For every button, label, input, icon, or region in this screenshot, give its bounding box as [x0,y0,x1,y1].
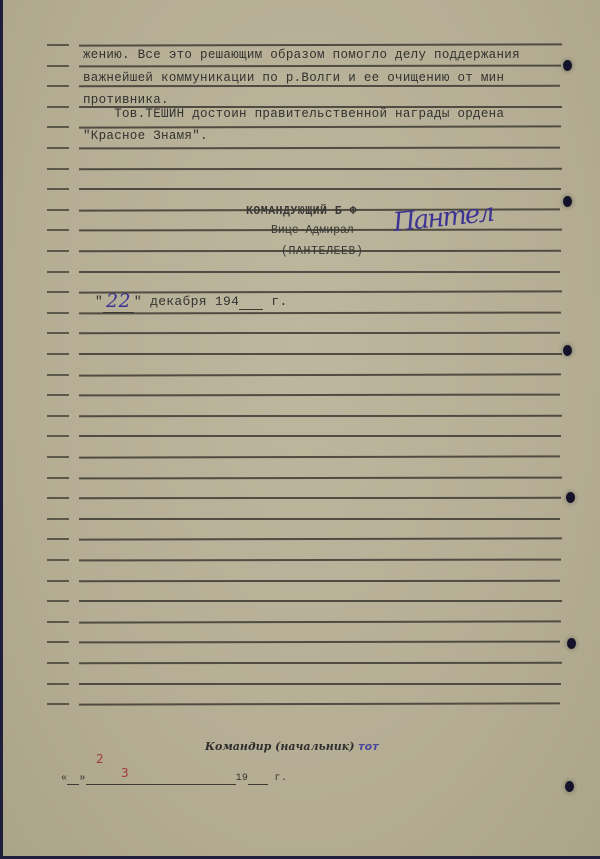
ruled-line-stub [47,518,69,520]
date-month-year: декабря 194 [150,294,239,309]
red-pencil-mark-1: 2 [96,752,104,766]
ruled-line [79,188,561,190]
footer-day-blank [67,773,79,785]
commander-label: Командир (начальник) тот [205,740,379,753]
ruled-line-stub [47,291,69,293]
ruled-line-stub [47,477,69,479]
ruled-line-stub [47,332,69,334]
ruled-line-stub [47,662,69,664]
ruled-line-stub [47,600,69,602]
body-line-1: жению. Все это решающим образом помогло … [83,48,520,62]
ruled-line [79,125,561,128]
ruled-line-stub [47,271,69,273]
punch-hole [567,638,576,649]
ruled-line-stub [47,621,69,623]
ruled-line-stub [47,559,69,561]
signatory-name: (ПАНТЕЛЕЕВ) [281,245,364,258]
ruled-line-stub [47,353,69,355]
ruled-line-stub [47,209,69,211]
footer-date-template: « » 19 г. [61,773,287,785]
ruled-line [79,559,561,561]
ruled-line [79,168,562,170]
ruled-line [79,415,562,417]
ruled-line [79,435,561,437]
ruled-line [79,85,560,87]
body-line-2: важнейшей коммуникации по р.Волги и ее о… [83,71,504,85]
ruled-line [79,332,560,334]
ruled-line-stub [47,312,69,314]
ruled-line-stub [47,106,69,108]
footer-year-suffix: г. [275,773,288,784]
footer-year-blank [248,773,268,785]
punch-hole [565,781,574,792]
ruled-line [79,537,562,540]
ruled-line-stub [47,435,69,437]
ruled-line-stub [47,85,69,87]
date-line: "22" декабря 194 г. [95,288,288,310]
date-close-quote: " [134,294,142,309]
ruled-line-stub [47,580,69,582]
ruled-line [79,312,561,314]
ruled-line-stub [47,65,69,67]
handwritten-signature: Пантел [392,198,494,238]
date-year-suffix: г. [271,294,287,309]
ruled-line [79,662,562,664]
ruled-line-stub [47,229,69,231]
punch-hole [563,60,572,71]
document-page: жению. Все это решающим образом помогло … [3,0,600,856]
ruled-line-stub [47,415,69,417]
footer-year-prefix: 19 [236,773,249,784]
ruled-line [79,702,560,705]
ruled-line [79,43,562,46]
ruled-line [79,353,562,355]
ruled-line [79,641,560,643]
commander-label-text: Командир (начальник) [205,740,354,753]
date-open-quote: " [95,294,103,309]
ruled-line-stub [47,703,69,705]
ruled-line [79,271,560,273]
ruled-line-stub [47,250,69,252]
body-line-5: "Красное Знамя". [83,129,208,143]
ruled-line [79,497,561,499]
ruled-line-stub [47,683,69,685]
ruled-line-stub [47,374,69,376]
ruled-line [79,580,560,582]
punch-hole [563,345,572,356]
punch-hole [563,196,572,207]
ruled-line [79,373,561,376]
ruled-line [79,600,562,602]
ruled-line-stub [47,44,69,46]
ruled-line [79,477,562,479]
ruled-line-stub [47,641,69,643]
signatory-rank: Вице-Адмирал [271,224,354,237]
body-line-4: Тов.ТЕШИН достоин правительственной нагр… [83,107,504,121]
ruled-line-stub [47,168,69,170]
ruled-line-stub [47,188,69,190]
ruled-line [79,65,561,67]
date-day: 22 [103,290,134,313]
footer-month-blank [86,773,236,785]
ruled-line [79,518,560,520]
ruled-line-stub [47,147,69,149]
punch-hole [566,492,575,503]
ruled-line-stub [47,126,69,128]
signatory-title: КОМАНДУЮЩИЙ Б Ф [246,205,357,218]
ruled-line [79,394,560,396]
ruled-line-stub [47,538,69,540]
stamp-fragment: тот [358,740,378,753]
ruled-line-stub [47,497,69,499]
ruled-line [79,683,561,685]
ruled-line [79,455,560,458]
ruled-line-stub [47,394,69,396]
ruled-line [79,147,560,149]
body-line-3: противника. [83,93,169,107]
ruled-line [79,620,561,623]
date-year-blank [239,294,263,310]
ruled-line-stub [47,456,69,458]
